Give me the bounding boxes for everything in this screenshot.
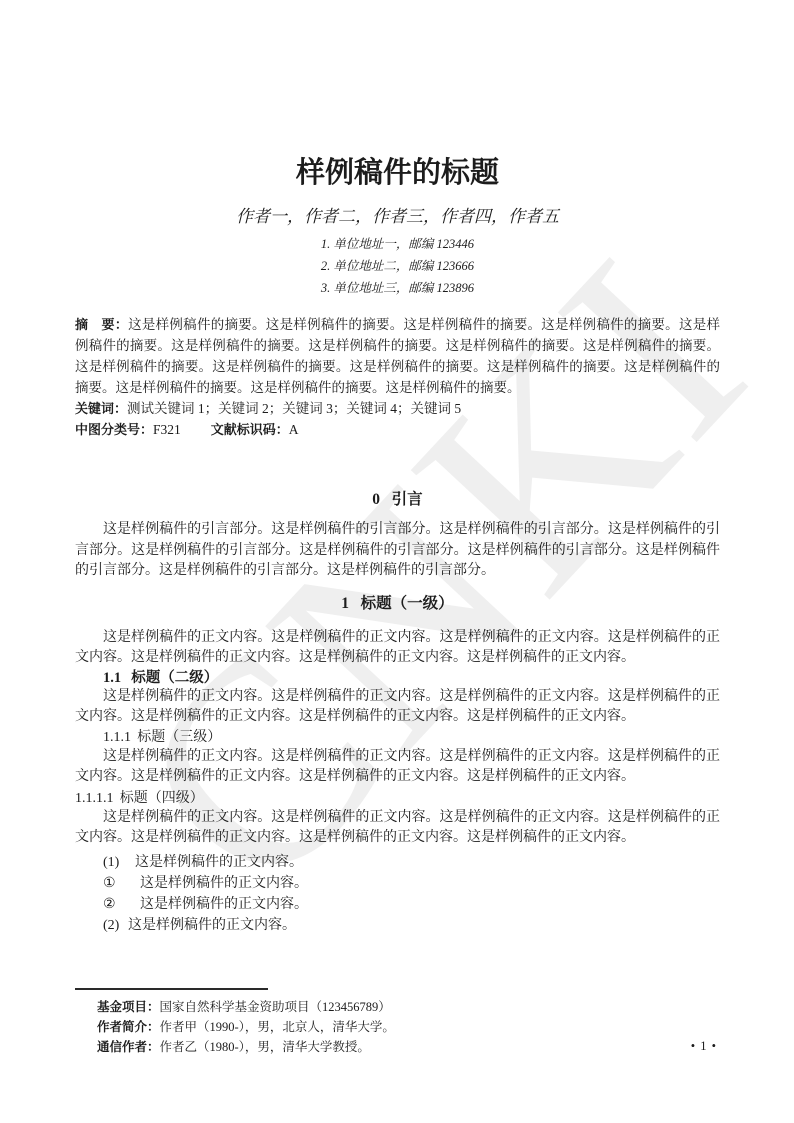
classification-line: 中图分类号：F321文献标识码：A	[75, 419, 720, 440]
footnote-label: 作者简介：	[97, 1020, 160, 1034]
footnote-text: 作者乙（1980-），男，清华大学教授。	[160, 1040, 370, 1054]
list-item: (2)这是样例稿件的正文内容。	[75, 915, 720, 936]
abstract-paragraph: 摘 要：这是样例稿件的摘要。这是样例稿件的摘要。这是样例稿件的摘要。这是样例稿件…	[75, 314, 720, 398]
keywords-text: 测试关键词 1；关键词 2；关键词 3；关键词 4；关键词 5	[127, 401, 461, 416]
list-text: 这是样例稿件的正文内容。	[140, 876, 308, 891]
footnote-rule	[75, 988, 268, 990]
section-number: 1.1.1.1	[75, 791, 114, 806]
list-item: ②这是样例稿件的正文内容。	[75, 894, 720, 915]
affiliation-line: 1. 单位地址一，邮编 123446	[75, 233, 720, 255]
footnote-label: 基金项目：	[97, 1000, 160, 1014]
body-paragraph: 这是样例稿件的正文内容。这是样例稿件的正文内容。这是样例稿件的正文内容。这是样例…	[75, 808, 720, 849]
authors-line: 作者一，作者二，作者三，作者四，作者五	[75, 205, 720, 229]
footnote-text: 国家自然科学基金资助项目（123456789）	[160, 1000, 391, 1014]
body-paragraph: 这是样例稿件的正文内容。这是样例稿件的正文内容。这是样例稿件的正文内容。这是样例…	[75, 687, 720, 728]
footnote-block: 基金项目：国家自然科学基金资助项目（123456789） 作者简介：作者甲（19…	[75, 988, 535, 1057]
body-paragraph: 这是样例稿件的正文内容。这是样例稿件的正文内容。这是样例稿件的正文内容。这是样例…	[75, 747, 720, 788]
list-marker: ①	[103, 873, 140, 894]
abstract-text: 这是样例稿件的摘要。这是样例稿件的摘要。这是样例稿件的摘要。这是样例稿件的摘要。…	[75, 317, 720, 395]
list-marker: (1)	[103, 852, 135, 873]
keywords-label: 关键词：	[75, 401, 127, 416]
doc-code-label: 文献标识码：	[211, 422, 289, 437]
section-title: 标题（二级）	[131, 670, 218, 686]
affiliations: 1. 单位地址一，邮编 123446 2. 单位地址二，邮编 123666 3.…	[75, 233, 720, 299]
doc-code-value: A	[289, 422, 299, 437]
list-item: (1)这是样例稿件的正文内容。	[75, 852, 720, 873]
main-column: 样例稿件的标题 作者一，作者二，作者三，作者四，作者五 1. 单位地址一，邮编 …	[75, 0, 720, 936]
document-page: CNKI 样例稿件的标题 作者一，作者二，作者三，作者四，作者五 1. 单位地址…	[0, 0, 794, 1123]
section-title: 标题（三级）	[137, 730, 221, 745]
numbered-list: (1)这是样例稿件的正文内容。 ①这是样例稿件的正文内容。 ②这是样例稿件的正文…	[75, 852, 720, 936]
footnote-line: 通信作者：作者乙（1980-），男，清华大学教授。	[75, 1037, 535, 1057]
paper-title: 样例稿件的标题	[75, 155, 720, 191]
section-heading-intro: 0引言	[75, 488, 720, 512]
clc-label: 中图分类号：	[75, 422, 153, 437]
list-item: ①这是样例稿件的正文内容。	[75, 873, 720, 894]
section-heading-level3: 1.1.1标题（三级）	[75, 729, 720, 747]
section-title: 标题（一级）	[361, 595, 454, 612]
list-text: 这是样例稿件的正文内容。	[128, 918, 296, 933]
section-number: 1.1.1	[103, 730, 131, 745]
affiliation-line: 3. 单位地址三，邮编 123896	[75, 277, 720, 299]
footnote-label: 通信作者：	[97, 1040, 160, 1054]
list-marker: (2)	[103, 915, 128, 936]
footnote-text: 作者甲（1990-），男，北京人，清华大学。	[160, 1020, 395, 1034]
page-number: • 1 •	[691, 1039, 717, 1054]
intro-paragraph: 这是样例稿件的引言部分。这是样例稿件的引言部分。这是样例稿件的引言部分。这是样例…	[75, 520, 720, 582]
list-text: 这是样例稿件的正文内容。	[135, 855, 303, 870]
footnote-line: 作者简介：作者甲（1990-），男，北京人，清华大学。	[75, 1017, 535, 1037]
clc-value: F321	[153, 422, 181, 437]
keywords-line: 关键词：测试关键词 1；关键词 2；关键词 3；关键词 4；关键词 5	[75, 398, 720, 419]
section-heading-level2: 1.1标题（二级）	[75, 669, 720, 687]
footnote-line: 基金项目：国家自然科学基金资助项目（123456789）	[75, 997, 535, 1017]
section-heading-level4: 1.1.1.1标题（四级）	[75, 790, 720, 808]
section-title: 标题（四级）	[120, 791, 204, 806]
section-number: 1	[341, 595, 349, 612]
section-title: 引言	[392, 491, 423, 508]
affiliation-line: 2. 单位地址二，邮编 123666	[75, 255, 720, 277]
body-paragraph: 这是样例稿件的正文内容。这是样例稿件的正文内容。这是样例稿件的正文内容。这是样例…	[75, 628, 720, 669]
section-number: 1.1	[103, 670, 121, 686]
section-number: 0	[372, 491, 380, 508]
list-text: 这是样例稿件的正文内容。	[140, 897, 308, 912]
section-heading-level1: 1标题（一级）	[75, 592, 720, 616]
abstract-label: 摘 要：	[75, 317, 128, 332]
list-marker: ②	[103, 894, 140, 915]
